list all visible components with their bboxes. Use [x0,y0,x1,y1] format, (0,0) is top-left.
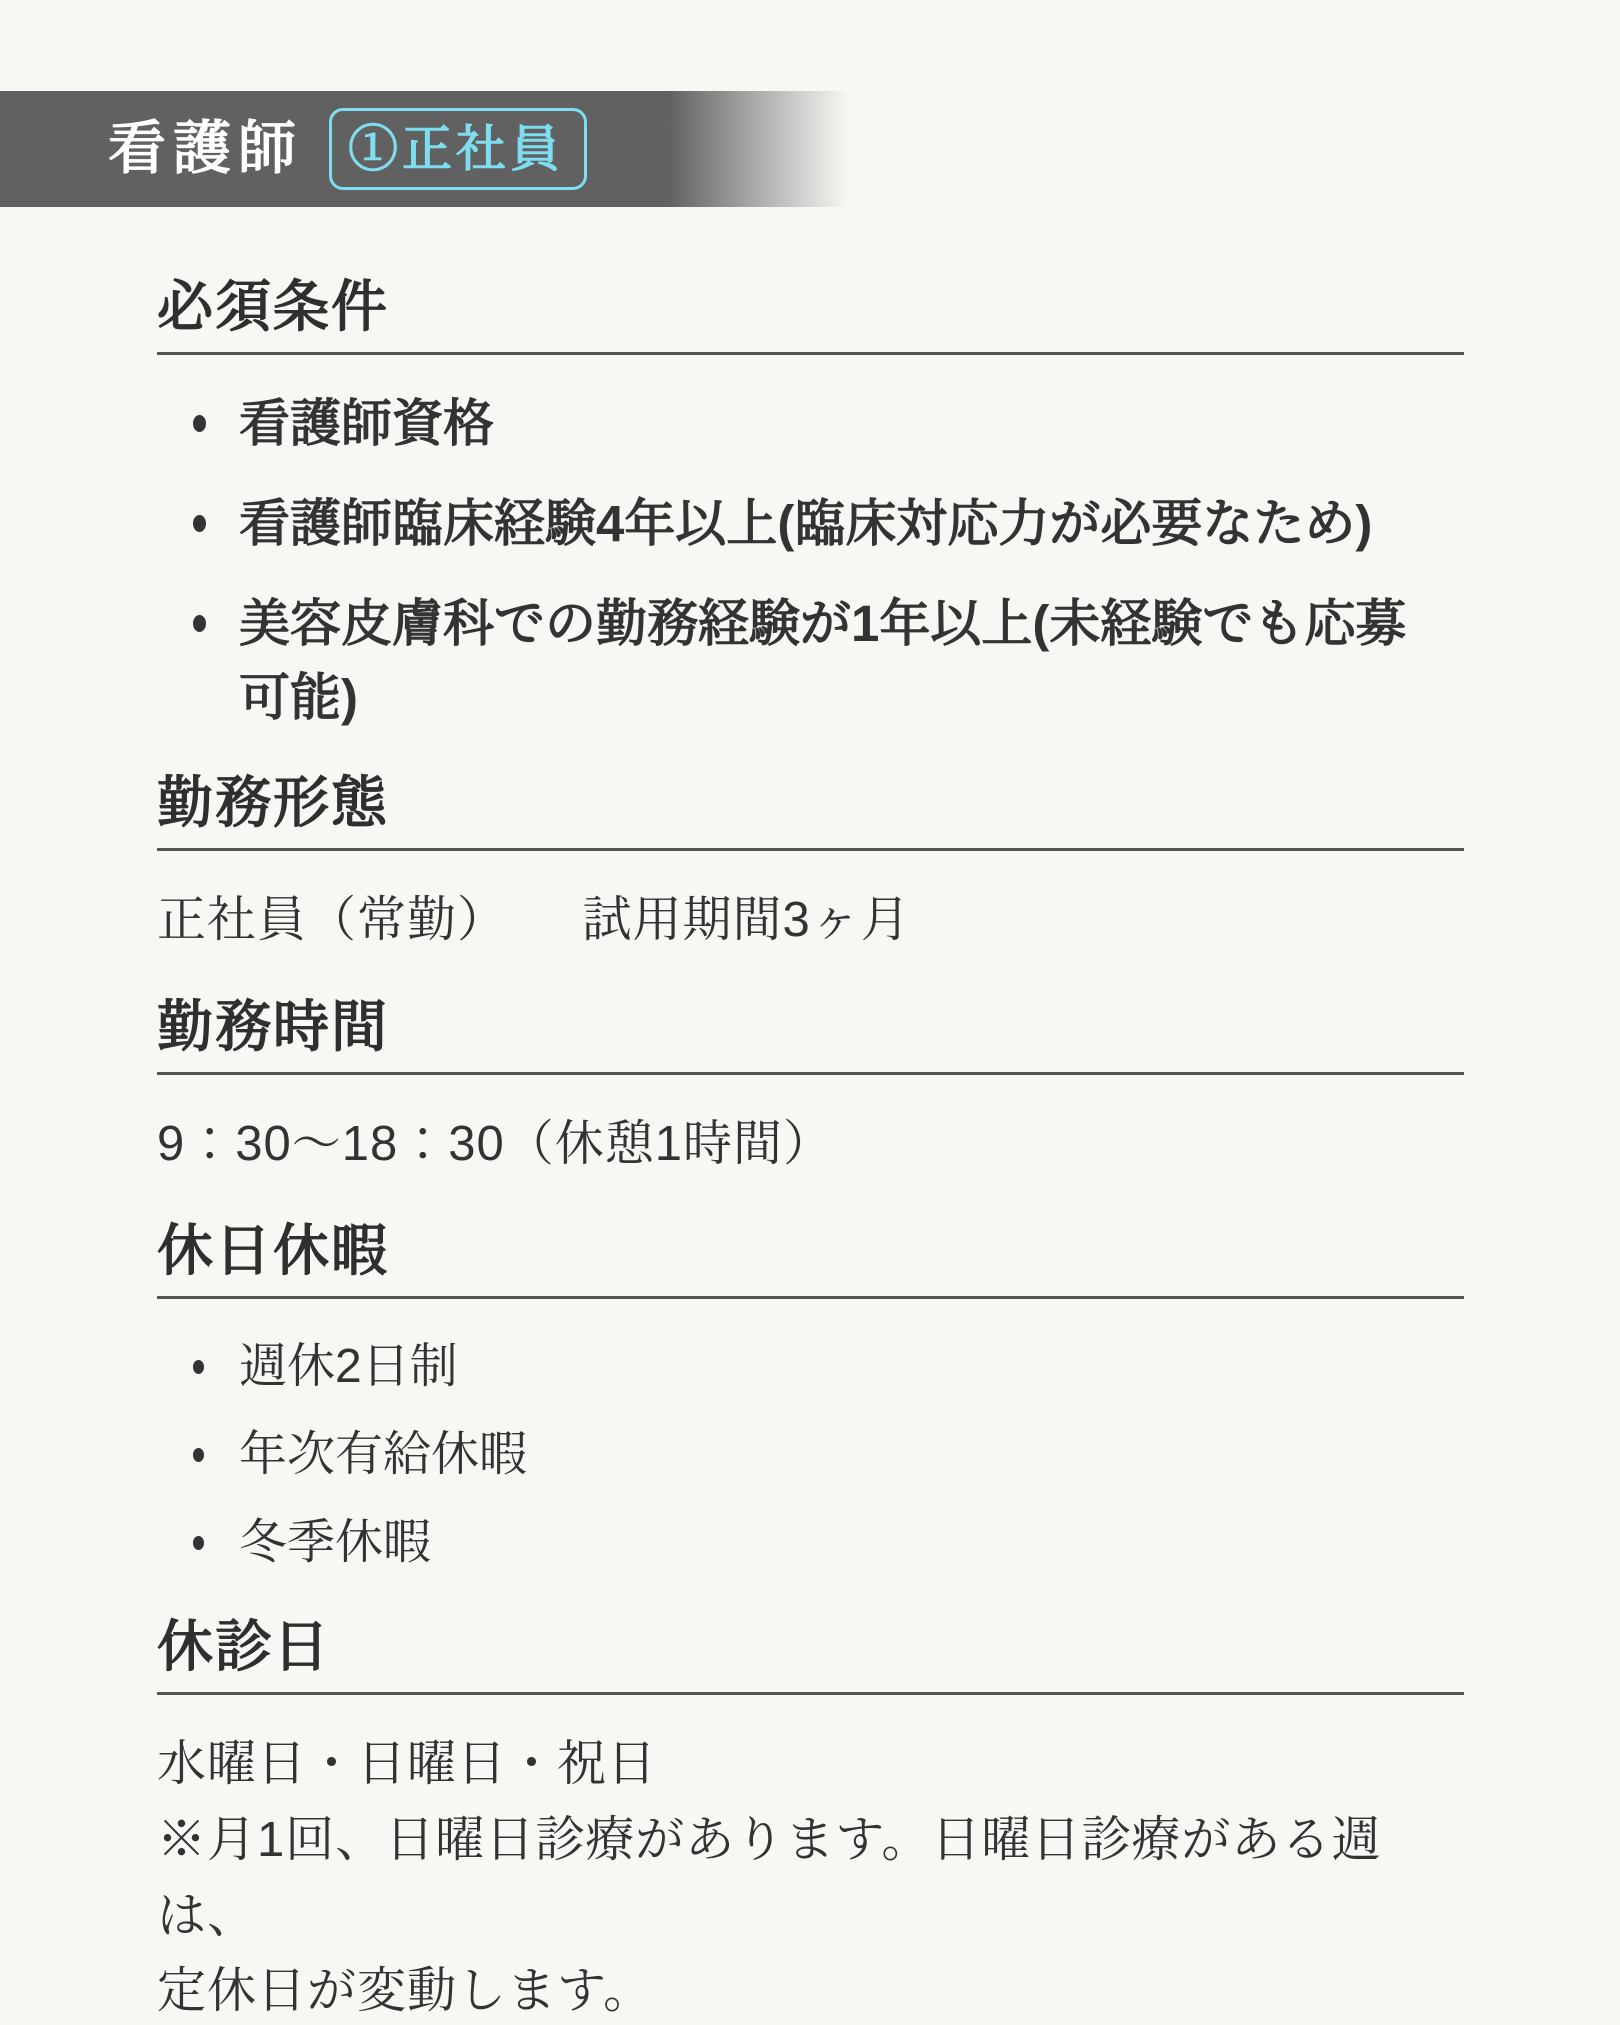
list-item: 看護師臨床経験4年以上(臨床対応力が必要なため) [157,487,1464,561]
closed-days-note: ※月1回、日曜日診療があります。日曜日診療がある週は、 [157,1803,1464,1955]
section-required-conditions: 必須条件 看護師資格 看護師臨床経験4年以上(臨床対応力が必要なため) 美容皮膚… [157,279,1464,735]
list-item-text: 年次有給休暇 [239,1419,1464,1491]
bullet-dot-icon [193,1448,204,1462]
section-heading-holidays: 休日休暇 [157,1223,1464,1299]
bullet-dot-icon [193,515,206,532]
list-item-text: 美容皮膚科での勤務経験が1年以上(未経験でも応募 [239,587,1464,661]
list-item-text: 週休2日制 [239,1331,1464,1403]
list-item: 看護師資格 [157,387,1464,461]
bullet-dot-icon [193,1536,204,1550]
bullet-dot-icon [193,415,206,432]
list-item-text: 看護師臨床経験4年以上(臨床対応力が必要なため) [239,487,1464,561]
job-posting-page: 看護師 ①正社員 必須条件 看護師資格 看護師臨床経験4年以上(臨床対応力が必要… [0,0,1620,2025]
section-heading-employment: 勤務形態 [157,775,1464,851]
list-item-text: 冬季休暇 [239,1507,1464,1579]
closed-days-note-wrap: 定休日が変動します。 [157,1954,1464,2025]
list-item-text: 看護師資格 [239,387,1464,461]
content: 必須条件 看護師資格 看護師臨床経験4年以上(臨床対応力が必要なため) 美容皮膚… [0,207,1620,2025]
list-item: 週休2日制 [157,1331,1464,1403]
bullet-dot-icon [193,615,206,632]
closed-days-value: 水曜日・日曜日・祝日 [157,1727,1464,1803]
holidays-list: 週休2日制 年次有給休暇 冬季休暇 [157,1331,1464,1579]
list-item: 年次有給休暇 [157,1419,1464,1491]
section-holidays: 休日休暇 週休2日制 年次有給休暇 冬季休暇 [157,1223,1464,1579]
list-item: 美容皮膚科での勤務経験が1年以上(未経験でも応募 可能) [157,587,1464,735]
section-closed-days: 休診日 水曜日・日曜日・祝日 ※月1回、日曜日診療があります。日曜日診療がある週… [157,1619,1464,2025]
section-heading-hours: 勤務時間 [157,999,1464,1075]
employment-type-text: 正社員（常勤） 試用期間3ヶ月 [157,883,1464,959]
employment-type-badge: ①正社員 [329,108,587,190]
bullet-dot-icon [193,1360,204,1374]
job-title: 看護師 [108,120,303,178]
list-item-text-wrap: 可能) [239,661,1464,735]
section-heading-required: 必須条件 [157,279,1464,355]
closed-days-text: 水曜日・日曜日・祝日 ※月1回、日曜日診療があります。日曜日診療がある週は、 定… [157,1727,1464,2025]
section-heading-closed: 休診日 [157,1619,1464,1695]
working-hours-text: 9：30～18：30（休憩1時間） [157,1107,1464,1183]
section-working-hours: 勤務時間 9：30～18：30（休憩1時間） [157,999,1464,1183]
required-conditions-list: 看護師資格 看護師臨床経験4年以上(臨床対応力が必要なため) 美容皮膚科での勤務… [157,387,1464,735]
list-item: 冬季休暇 [157,1507,1464,1579]
section-employment-type: 勤務形態 正社員（常勤） 試用期間3ヶ月 [157,775,1464,959]
header-bar: 看護師 ①正社員 [0,91,850,207]
